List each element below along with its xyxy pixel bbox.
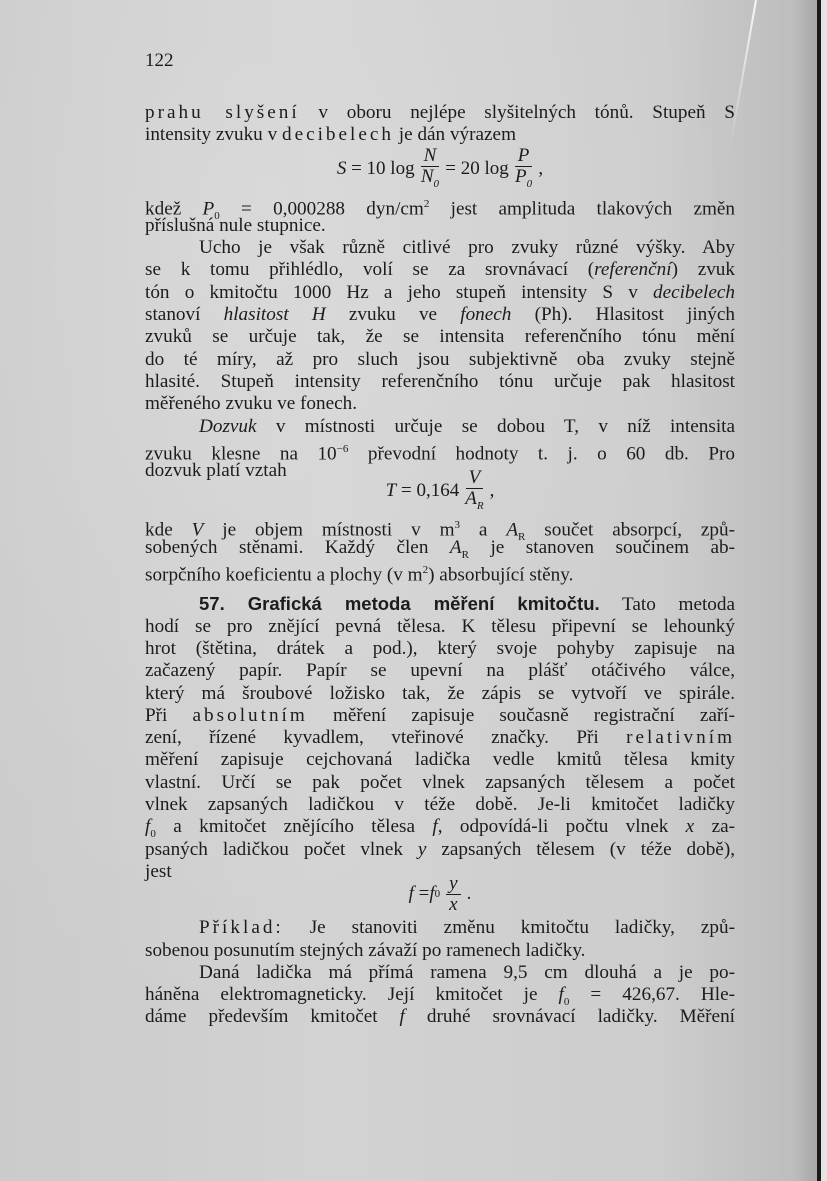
example-label: Příklad: <box>199 917 284 938</box>
page-edge-strip <box>821 0 827 1181</box>
section-heading: 57. Grafická metoda měření kmitočtu. <box>199 593 600 614</box>
fraction: N N0 <box>421 146 440 194</box>
spaced-term: absolutním <box>193 705 308 726</box>
page-text: 122 prahu slyšení v oboru nejlépe slyšit… <box>145 50 735 1029</box>
spaced-term: relativním <box>626 727 735 748</box>
formula-frequency: f = f0 y x . <box>145 871 735 917</box>
scanned-page: 122 prahu slyšení v oboru nejlépe slyšit… <box>0 0 827 1181</box>
page-number: 122 <box>145 50 735 72</box>
paragraph-p0-definition: kdež P0 = 0,000288 dyn/cm2 jest amplitud… <box>145 193 735 238</box>
paragraph-intro: prahu slyšení v oboru nejlépe slyšitelný… <box>145 102 735 147</box>
spaced-term: prahu slyšení <box>145 102 300 123</box>
paragraph-example: Příklad: Je stanoviti změnu kmitočtu lad… <box>145 917 735 1028</box>
paragraph-ear-sensitivity: Ucho je však různě citlivé pro zvuky růz… <box>145 237 735 415</box>
fraction: y x <box>446 874 460 915</box>
spaced-term: decibelech <box>282 124 394 145</box>
paragraph-variables: kde V je objem místnosti v m3 a AR souče… <box>145 514 735 581</box>
fraction: V AR <box>465 468 483 516</box>
formula-decibel: S = 10 log N N0 = 20 log P P0 , <box>145 147 735 193</box>
fraction: P P0 <box>515 146 533 194</box>
section-57: 57. Grafická metoda měření kmitočtu. Tat… <box>145 593 735 883</box>
